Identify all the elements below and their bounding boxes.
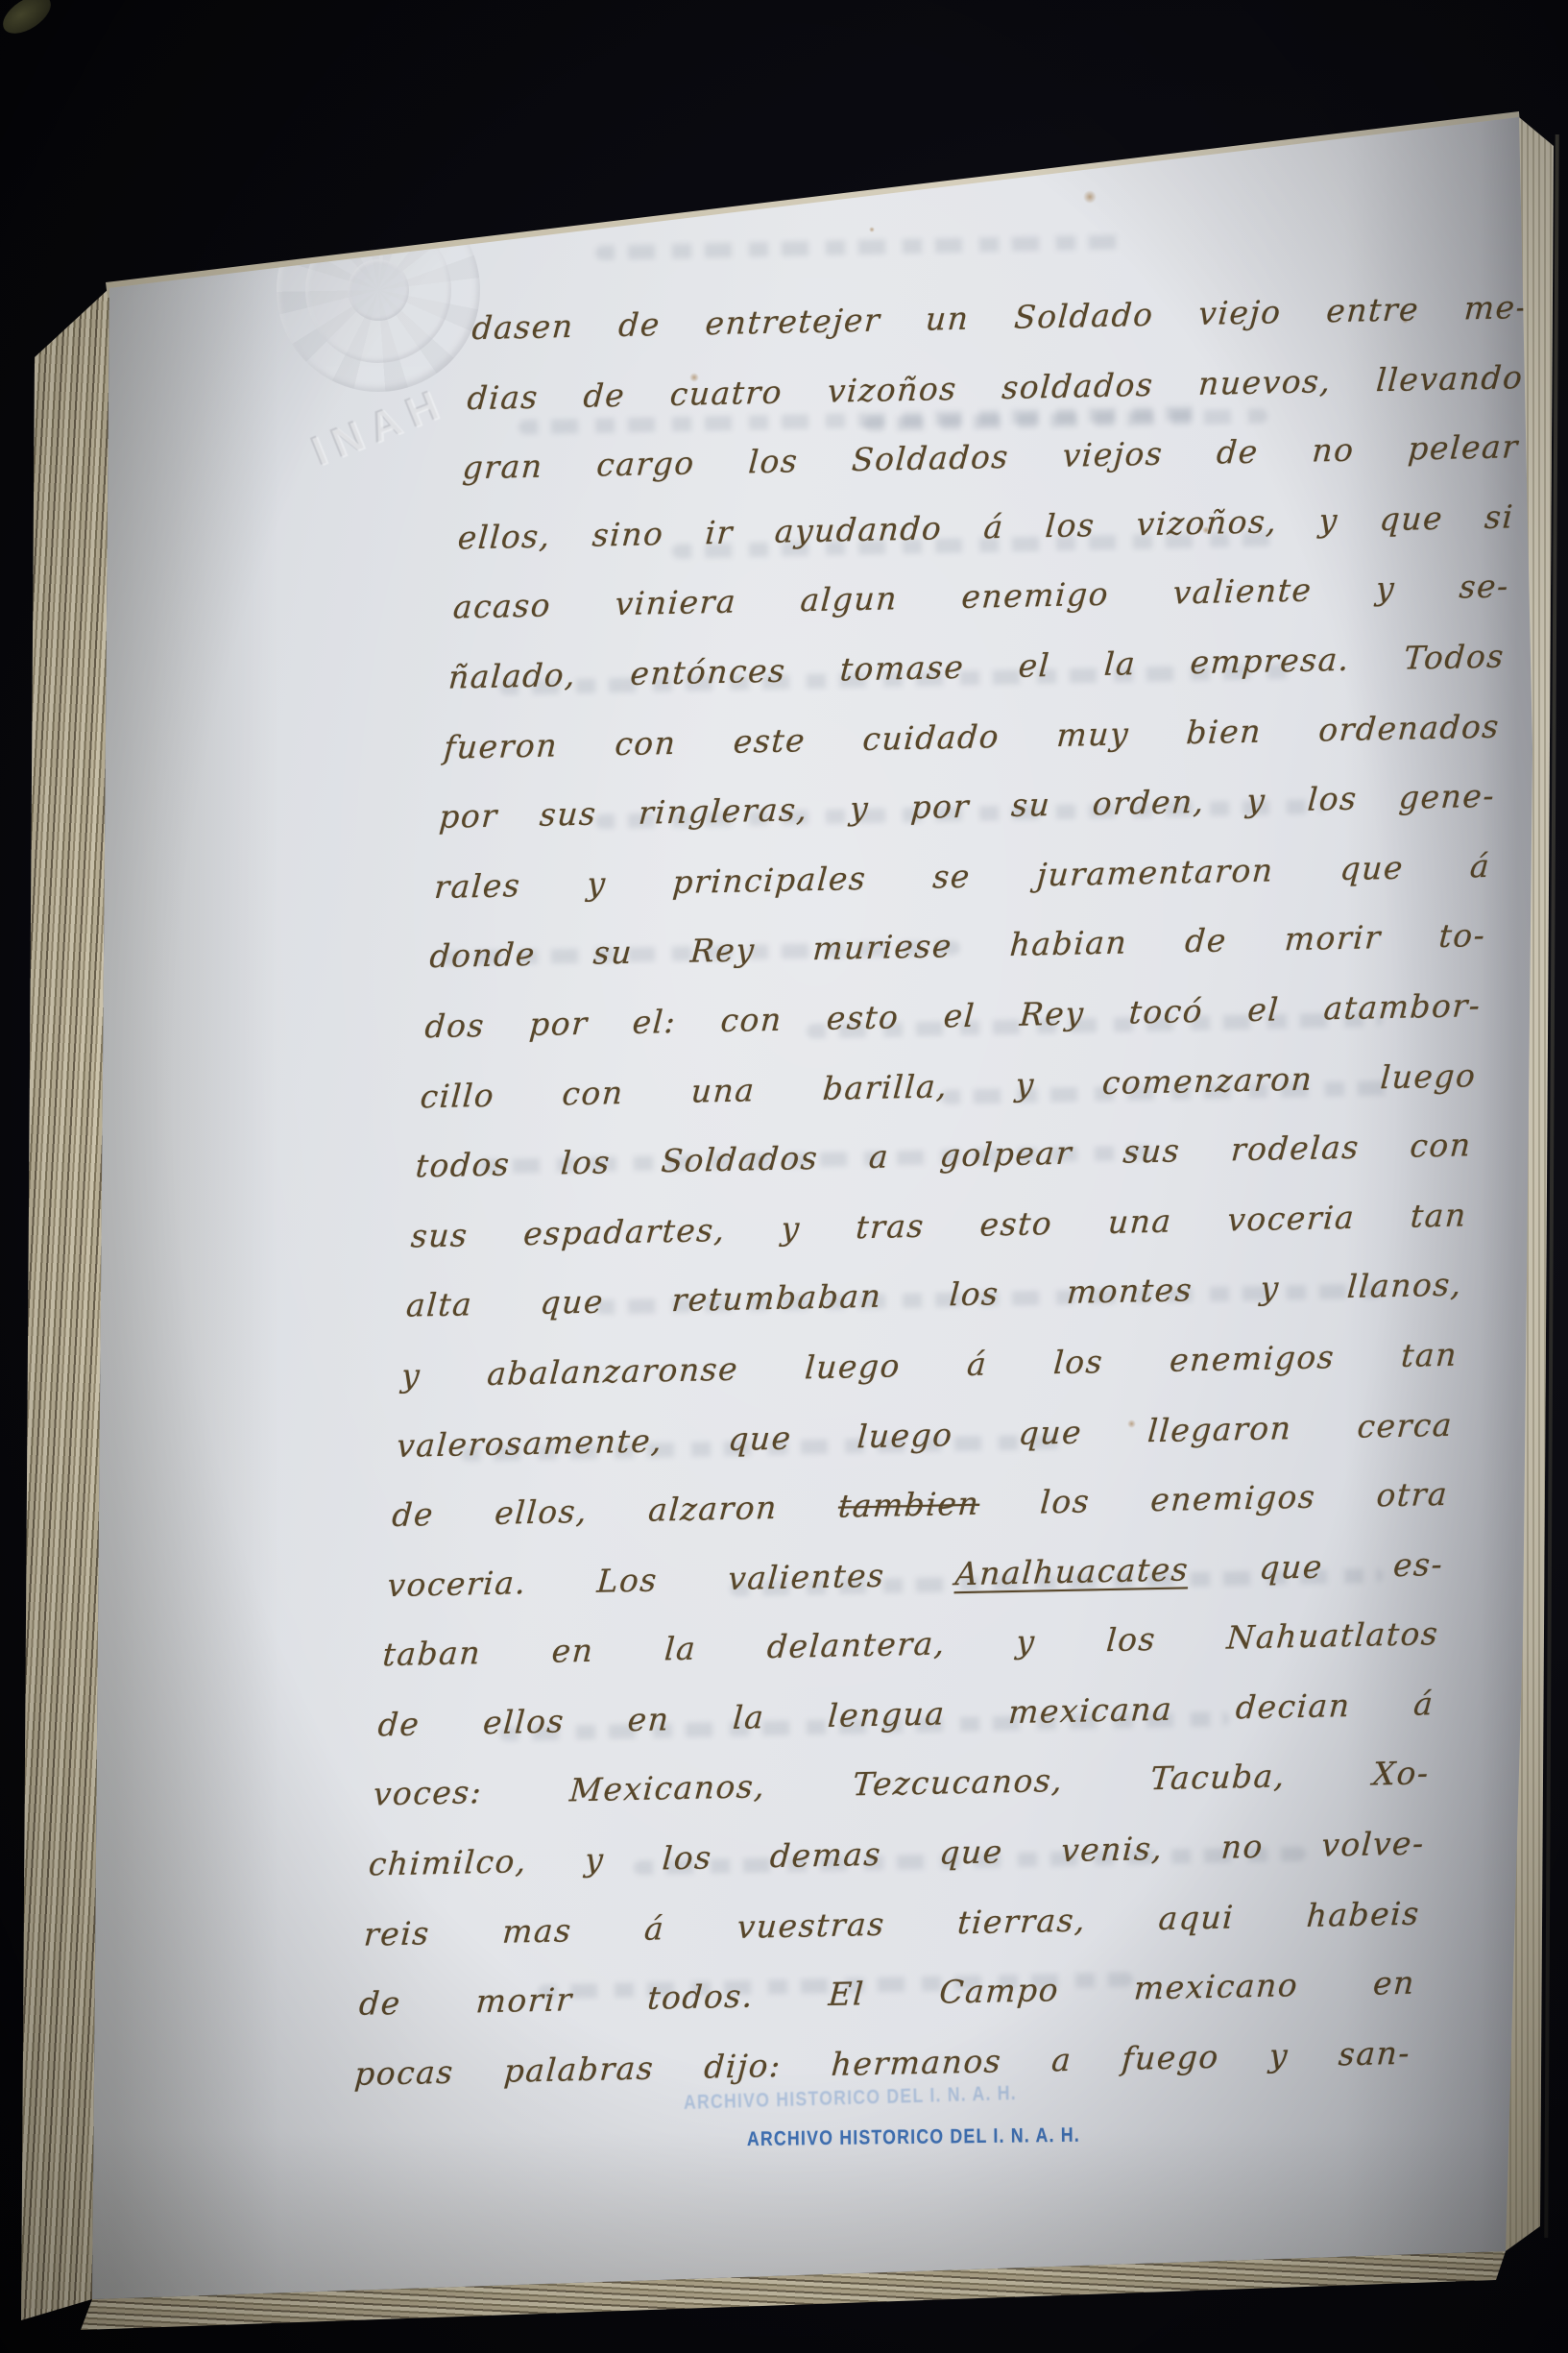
- photo-vignette: [0, 0, 1568, 2353]
- manuscript-text: dasen de entretejer un Soldado viejo ent…: [352, 273, 1531, 2109]
- paper-shadow-left: [0, 0, 1568, 2353]
- line-segment: cillo con una barilla, y comenzaron lueg…: [419, 1056, 1477, 1115]
- page-fore-edge-right: [0, 0, 1568, 2353]
- paper-shadow-top: [0, 0, 1568, 2353]
- manuscript-line: pocas palabras dijo: hermanos a fuego y …: [352, 2019, 1413, 2110]
- show-through-smudge: [730, 1568, 1383, 1596]
- line-segment: chimilco, y los demas que venis, no volv…: [368, 1824, 1426, 1882]
- foxing-spot: [1202, 526, 1210, 534]
- line-segment: gran cargo los Soldados viejos de no pel…: [462, 427, 1520, 486]
- line-segment: sus espadartes, y tras esto una voceria …: [410, 1196, 1468, 1254]
- manuscript-line: fueron con este cuidado muy bien ordenad…: [442, 691, 1503, 783]
- spine-headband: [0, 0, 58, 41]
- line-segment: valerosamente, que luego que llegaron ce…: [396, 1405, 1454, 1464]
- show-through-smudge: [480, 1146, 1152, 1175]
- manuscript-line: ñalado, entónces tomase el la empresa. T…: [446, 621, 1508, 713]
- line-segment: ellos, sino ir ayudando á los vizoños, y…: [457, 497, 1515, 556]
- line-segment: voces: Mexicanos, Tezcucanos, Tacuba, Xo…: [373, 1755, 1431, 1813]
- archive-stamp: ARCHIVO HISTORICO DEL I. N. A. H.: [747, 2124, 1080, 2151]
- book-photograph: INAH 118 dasen de entretejer un Soldado …: [0, 0, 1568, 2353]
- foxing-spot: [1127, 1419, 1136, 1428]
- page-edge-stack-top: [0, 0, 1568, 2353]
- show-through-smudge: [941, 1080, 1402, 1104]
- show-through-smudge: [499, 1711, 1229, 1741]
- show-through-smudge: [595, 234, 1133, 260]
- manuscript-line: cillo con una barilla, y comenzaron lueg…: [418, 1041, 1479, 1132]
- paper-sheen: [0, 0, 1568, 2353]
- paper-sheet: INAH 118 dasen de entretejer un Soldado …: [0, 0, 1568, 2353]
- foxing-spot: [1083, 190, 1097, 204]
- paper-shadow-right: [0, 0, 1568, 2353]
- manuscript-line: donde su Rey muriese habian de morir to-: [427, 901, 1488, 992]
- show-through-smudge: [634, 1847, 1306, 1876]
- struck-word: tambien: [837, 1485, 981, 1525]
- underlined-word: Analhuacates: [954, 1550, 1191, 1592]
- line-segment: dasen de entretejer un Soldado viejo ent…: [470, 288, 1529, 347]
- manuscript-line: acaso viniera algun enemigo valiente y s…: [451, 552, 1512, 643]
- manuscript-line: chimilco, y los demas que venis, no volv…: [366, 1808, 1427, 1900]
- line-segment: voceria. Los valientes: [386, 1555, 956, 1604]
- manuscript-line: de morir todos. El Campo mexicano en: [357, 1949, 1418, 2040]
- show-through-smudge: [595, 1283, 1383, 1314]
- emboss-seal-letters: INAH: [305, 378, 455, 476]
- emboss-seal-ring: [305, 217, 451, 363]
- manuscript-line: dias de cuatro vizoños soldados nuevos, …: [465, 343, 1526, 434]
- show-through-smudge: [864, 409, 1267, 432]
- folio-number: 118: [181, 132, 277, 205]
- archive-stamp-ghost: ARCHIVO HISTORICO DEL I. N. A. H.: [684, 2082, 1017, 2115]
- manuscript-line: dasen de entretejer un Soldado viejo ent…: [470, 273, 1531, 364]
- show-through-smudge: [519, 405, 1210, 434]
- foxing-spot: [689, 373, 699, 382]
- manuscript-line: gran cargo los Soldados viejos de no pel…: [460, 412, 1521, 503]
- manuscript-line: de ellos, alzaron tambien los enemigos o…: [390, 1460, 1451, 1551]
- line-segment: rales y principales se juramentaron que …: [433, 847, 1491, 906]
- line-segment: alta que retumbaban los montes y llanos,: [405, 1266, 1463, 1324]
- line-segment: de ellos, alzaron: [391, 1488, 839, 1534]
- show-through-smudge: [672, 531, 1287, 558]
- line-segment: ñalado, entónces tomase el la empresa. T…: [447, 637, 1506, 695]
- foxing-spot: [1402, 317, 1409, 324]
- line-segment: acaso viniera algun enemigo valiente y s…: [452, 568, 1510, 626]
- line-segment: de ellos en la lengua mexicana decian á: [376, 1685, 1435, 1743]
- line-segment: reis mas á vuestras tierras, aqui habeis: [363, 1894, 1421, 1953]
- manuscript-line: ellos, sino ir ayudando á los vizoños, y…: [455, 482, 1516, 573]
- manuscript-line: y abalanzaronse luego á los enemigos tan: [399, 1321, 1460, 1412]
- manuscript-line: dos por el: con esto el Rey tocó el atam…: [422, 971, 1484, 1062]
- line-segment: que es-: [1188, 1545, 1445, 1588]
- foxing-spot: [447, 1022, 454, 1029]
- manuscript-line: sus espadartes, y tras esto una voceria …: [408, 1180, 1469, 1272]
- page-edge-stack-left: [0, 0, 1568, 2353]
- manuscript-line: voces: Mexicanos, Tezcucanos, Tacuba, Xo…: [371, 1739, 1432, 1831]
- line-segment: taban en la delantera, y los Nahuatlatos: [381, 1614, 1439, 1673]
- manuscript-line: rales y principales se juramentaron que …: [432, 832, 1493, 923]
- show-through-smudge: [807, 1012, 1383, 1039]
- gutter-highlight: [1544, 134, 1558, 2238]
- line-segment: todos los Soldados a golpear sus rodelas…: [415, 1126, 1473, 1184]
- manuscript-line: taban en la delantera, y los Nahuatlatos: [380, 1599, 1441, 1690]
- line-segment: y abalanzaronse luego á los enemigos tan: [400, 1336, 1459, 1395]
- show-through-smudge: [499, 664, 1296, 694]
- emboss-seal-core: [348, 259, 409, 321]
- manuscript-line: reis mas á vuestras tierras, aqui habeis: [362, 1879, 1423, 1970]
- manuscript-line: voceria. Los valientes Analhuacates que …: [385, 1530, 1446, 1621]
- line-segment: pocas palabras dijo: hermanos a fuego y …: [353, 2034, 1411, 2093]
- line-segment: dias de cuatro vizoños soldados nuevos, …: [466, 358, 1524, 417]
- show-through-smudge: [442, 940, 960, 965]
- page-edge-stack-bottom: [0, 0, 1568, 2353]
- manuscript-line: de ellos en la lengua mexicana decian á: [375, 1669, 1436, 1760]
- foxing-spot: [869, 227, 875, 232]
- line-segment: de morir todos. El Campo mexicano en: [358, 1964, 1416, 2023]
- show-through-smudge: [595, 799, 1325, 829]
- inah-emboss-seal-icon: [277, 188, 480, 392]
- line-segment: donde su Rey muriese habian de morir to-: [428, 916, 1486, 975]
- line-segment: dos por el: con esto el Rey tocó el atam…: [423, 986, 1482, 1045]
- line-segment: por sus ringleras, y por su orden, y los…: [438, 777, 1496, 836]
- paper-shadow-bottom: [0, 0, 1568, 2353]
- show-through-smudge: [538, 1973, 1133, 2000]
- show-through-smudge: [461, 1434, 1075, 1461]
- manuscript-line: valerosamente, que luego que llegaron ce…: [395, 1390, 1456, 1481]
- manuscript-line: todos los Soldados a golpear sus rodelas…: [413, 1110, 1474, 1201]
- manuscript-line: alta que retumbaban los montes y llanos,: [404, 1250, 1465, 1342]
- line-segment: fueron con este cuidado muy bien ordenad…: [443, 707, 1501, 765]
- line-segment: los enemigos otra: [978, 1475, 1450, 1522]
- manuscript-line: por sus ringleras, y por su orden, y los…: [437, 762, 1498, 853]
